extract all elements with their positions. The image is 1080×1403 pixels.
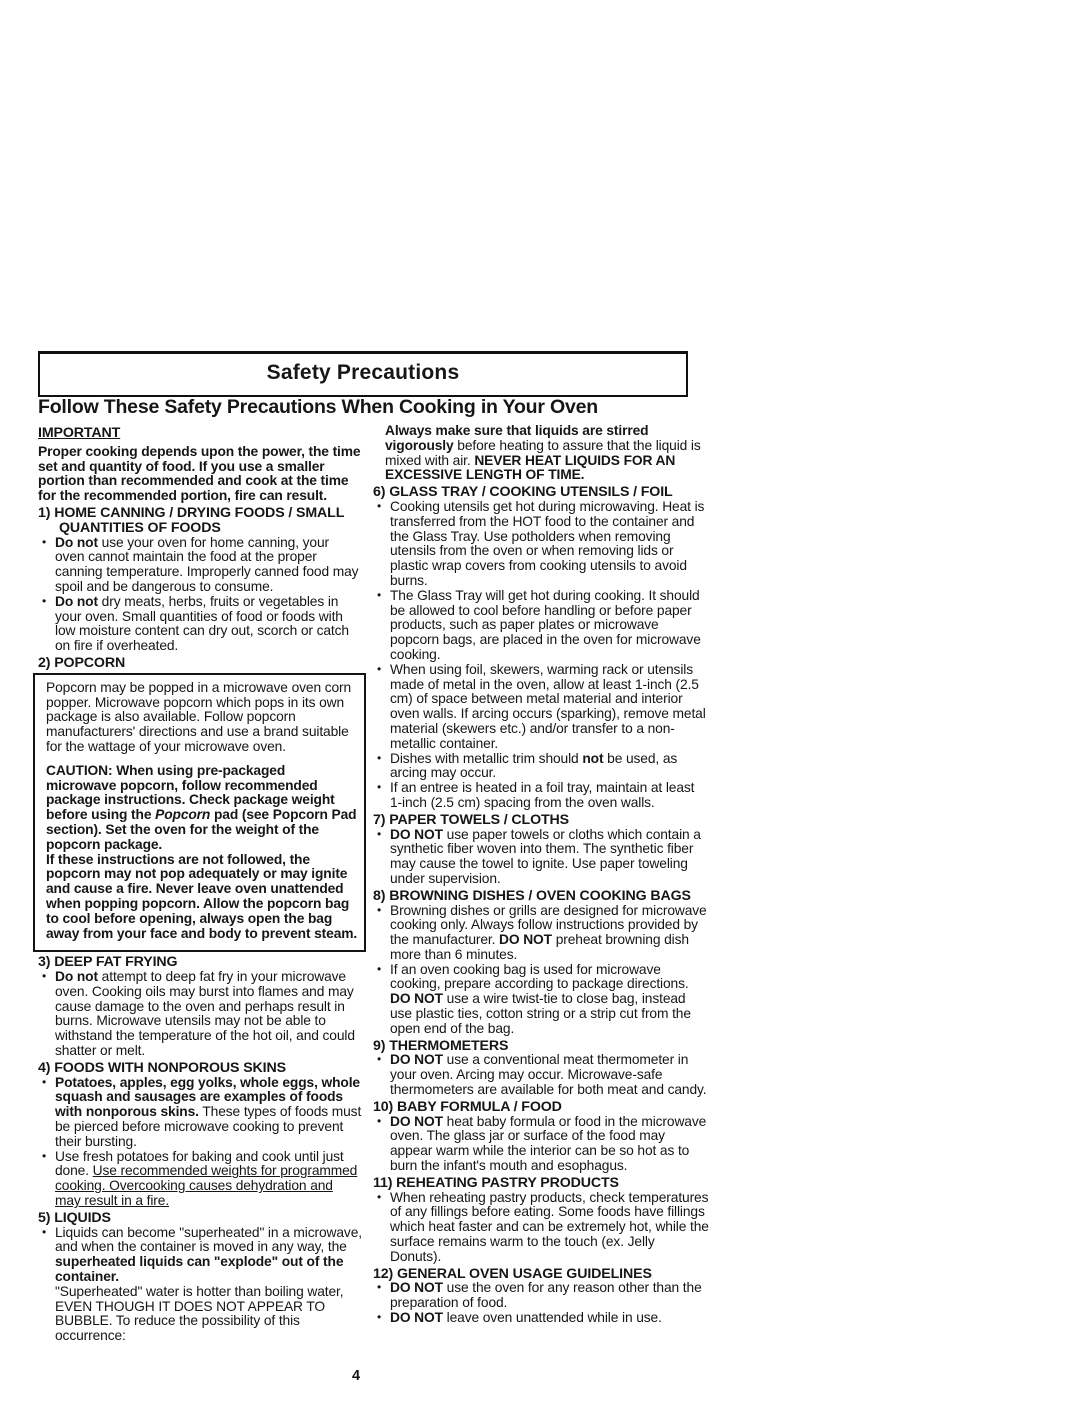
text-run: DO NOT xyxy=(499,932,552,947)
bullet-icon: • xyxy=(377,903,381,918)
text-run: IMPORTANT xyxy=(38,425,120,441)
text-run: 7) PAPER TOWELS / CLOTHS xyxy=(373,812,569,828)
text-run: 8) BROWNING DISHES / OVEN COOKING BAGS xyxy=(373,888,691,904)
section-heading: 7) PAPER TOWELS / CLOTHS xyxy=(373,813,709,828)
bullet-icon: • xyxy=(377,780,381,795)
section-heading: 9) THERMOMETERS xyxy=(373,1039,709,1054)
bullet-icon: • xyxy=(42,594,46,609)
section-heading: 8) BROWNING DISHES / OVEN COOKING BAGS xyxy=(373,889,709,904)
text-run: Liquids can become "superheated" in a mi… xyxy=(55,1225,362,1255)
bullet-item: •Dishes with metallic trim should not be… xyxy=(373,752,709,782)
text-run: 1) HOME CANNING / DRYING FOODS / SMALL Q… xyxy=(38,505,344,536)
text-run: If these instructions are not followed, … xyxy=(46,852,357,941)
section-heading: 12) GENERAL OVEN USAGE GUIDELINES xyxy=(373,1267,709,1282)
section-heading: 2) POPCORN xyxy=(38,656,362,671)
bullet-item: •Use fresh potatoes for baking and cook … xyxy=(38,1150,362,1209)
bullet-icon: • xyxy=(42,969,46,984)
left-column: IMPORTANTProper cooking depends upon the… xyxy=(38,424,362,1344)
text-run: DO NOT xyxy=(390,1280,443,1295)
bullet-icon: • xyxy=(377,962,381,977)
bullet-item: •DO NOT use paper towels or cloths which… xyxy=(373,828,709,887)
text-run: DO NOT xyxy=(390,1310,443,1325)
bullet-item: •If an entree is heated in a foil tray, … xyxy=(373,781,709,811)
bullet-item: •Cooking utensils get hot during microwa… xyxy=(373,500,709,589)
bullet-item: •DO NOT use the oven for any reason othe… xyxy=(373,1281,709,1311)
bullet-icon: • xyxy=(42,1149,46,1164)
bullet-icon: • xyxy=(377,751,381,766)
text-run: use your oven for home canning, your ove… xyxy=(55,535,358,594)
text-run: Do not xyxy=(55,535,98,550)
text-run: DO NOT xyxy=(390,1052,443,1067)
text-run: attempt to deep fat fry in your microwav… xyxy=(55,969,355,1058)
paragraph: If these instructions are not followed, … xyxy=(46,853,358,942)
safety-precautions-title-box: Safety Precautions xyxy=(38,351,688,397)
bullet-icon: • xyxy=(42,1225,46,1240)
text-run: Popcorn xyxy=(155,807,210,822)
paragraph: Popcorn may be popped in a microwave ove… xyxy=(46,681,358,755)
bullet-item: •DO NOT leave oven unattended while in u… xyxy=(373,1311,709,1326)
page-number: 4 xyxy=(352,1368,360,1384)
bullet-icon: • xyxy=(377,1114,381,1129)
text-run: 12) GENERAL OVEN USAGE GUIDELINES xyxy=(373,1266,652,1282)
page-title: Safety Precautions xyxy=(40,354,686,391)
text-run: DO NOT xyxy=(390,827,443,842)
bullet-icon: • xyxy=(377,588,381,603)
text-run: 11) REHEATING PASTRY PRODUCTS xyxy=(373,1175,619,1191)
text-run: DO NOT xyxy=(390,1114,443,1129)
bullet-item: •When using foil, skewers, warming rack … xyxy=(373,663,709,752)
bullet-item: •The Glass Tray will get hot during cook… xyxy=(373,589,709,663)
bullet-icon: • xyxy=(377,1190,381,1205)
text-run: leave oven unattended while in use. xyxy=(443,1310,662,1325)
section-heading: 5) LIQUIDS xyxy=(38,1211,362,1226)
bullet-icon: • xyxy=(377,1052,381,1067)
bullet-item: •DO NOT heat baby formula or food in the… xyxy=(373,1115,709,1174)
text-run: Proper cooking depends upon the power, t… xyxy=(38,444,360,503)
bullet-item: •Do not attempt to deep fat fry in your … xyxy=(38,970,362,1059)
bullet-icon: • xyxy=(377,1280,381,1295)
bullet-item: •Browning dishes or grills are designed … xyxy=(373,904,709,963)
bullet-item: •If an oven cooking bag is used for micr… xyxy=(373,963,709,1037)
text-run: 2) POPCORN xyxy=(38,655,125,671)
text-run: not xyxy=(582,751,603,766)
bullet-item: •Do not dry meats, herbs, fruits or vege… xyxy=(38,595,362,654)
bullet-item: •Potatoes, apples, egg yolks, whole eggs… xyxy=(38,1076,362,1150)
bullet-icon: • xyxy=(377,827,381,842)
section-heading: 11) REHEATING PASTRY PRODUCTS xyxy=(373,1176,709,1191)
right-column: Always make sure that liquids are stirre… xyxy=(373,424,709,1344)
text-run: Use recommended weights for programmed c… xyxy=(55,1163,357,1208)
content-columns: IMPORTANTProper cooking depends upon the… xyxy=(38,424,709,1344)
bullet-item: •DO NOT use a conventional meat thermome… xyxy=(373,1053,709,1097)
bullet-item: •Liquids can become "superheated" in a m… xyxy=(38,1226,362,1344)
section-heading: 3) DEEP FAT FRYING xyxy=(38,955,362,970)
bullet-icon: • xyxy=(42,1075,46,1090)
section-heading: 1) HOME CANNING / DRYING FOODS / SMALL Q… xyxy=(38,506,362,536)
paragraph: CAUTION: When using pre-packaged microwa… xyxy=(46,764,358,853)
bullet-item: •When reheating pastry products, check t… xyxy=(373,1191,709,1265)
popcorn-callout-box: Popcorn may be popped in a microwave ove… xyxy=(33,673,366,953)
text-run: When reheating pastry products, check te… xyxy=(390,1190,709,1264)
section-subtitle: Follow These Safety Precautions When Coo… xyxy=(38,396,598,419)
paragraph: Always make sure that liquids are stirre… xyxy=(373,424,709,483)
text-run: Do not xyxy=(55,594,98,609)
text-run: "Superheated" water is hotter than boili… xyxy=(55,1284,343,1343)
text-run: 10) BABY FORMULA / FOOD xyxy=(373,1099,562,1115)
text-run: Popcorn may be popped in a microwave ove… xyxy=(46,680,351,754)
text-run: 4) FOODS WITH NONPOROUS SKINS xyxy=(38,1060,286,1076)
text-run: 3) DEEP FAT FRYING xyxy=(38,954,177,970)
text-run: Cooking utensils get hot during microwav… xyxy=(390,499,704,588)
manual-page: Safety Precautions Follow These Safety P… xyxy=(0,0,1080,1403)
section-heading: 10) BABY FORMULA / FOOD xyxy=(373,1100,709,1115)
section-heading: 6) GLASS TRAY / COOKING UTENSILS / FOIL xyxy=(373,485,709,500)
bullet-item: •Do not use your oven for home canning, … xyxy=(38,536,362,595)
text-run: If an entree is heated in a foil tray, m… xyxy=(390,780,694,810)
text-run: 5) LIQUIDS xyxy=(38,1210,111,1226)
text-run: superheated liquids can "explode" out of… xyxy=(55,1254,343,1284)
bullet-icon: • xyxy=(377,499,381,514)
text-run: The Glass Tray will get hot during cooki… xyxy=(390,588,701,662)
text-run: 6) GLASS TRAY / COOKING UTENSILS / FOIL xyxy=(373,484,673,500)
text-run: If an oven cooking bag is used for micro… xyxy=(390,962,689,992)
text-run: Dishes with metallic trim should xyxy=(390,751,582,766)
section-heading: IMPORTANT xyxy=(38,426,362,441)
text-run: Do not xyxy=(55,969,98,984)
bullet-icon: • xyxy=(42,535,46,550)
text-run: 9) THERMOMETERS xyxy=(373,1038,508,1054)
text-run: dry meats, herbs, fruits or vegetables i… xyxy=(55,594,349,653)
bullet-icon: • xyxy=(377,1310,381,1325)
section-heading: 4) FOODS WITH NONPOROUS SKINS xyxy=(38,1061,362,1076)
text-run: DO NOT xyxy=(390,991,443,1006)
bullet-icon: • xyxy=(377,662,381,677)
text-run: When using foil, skewers, warming rack o… xyxy=(390,662,706,751)
paragraph: Proper cooking depends upon the power, t… xyxy=(38,445,362,504)
